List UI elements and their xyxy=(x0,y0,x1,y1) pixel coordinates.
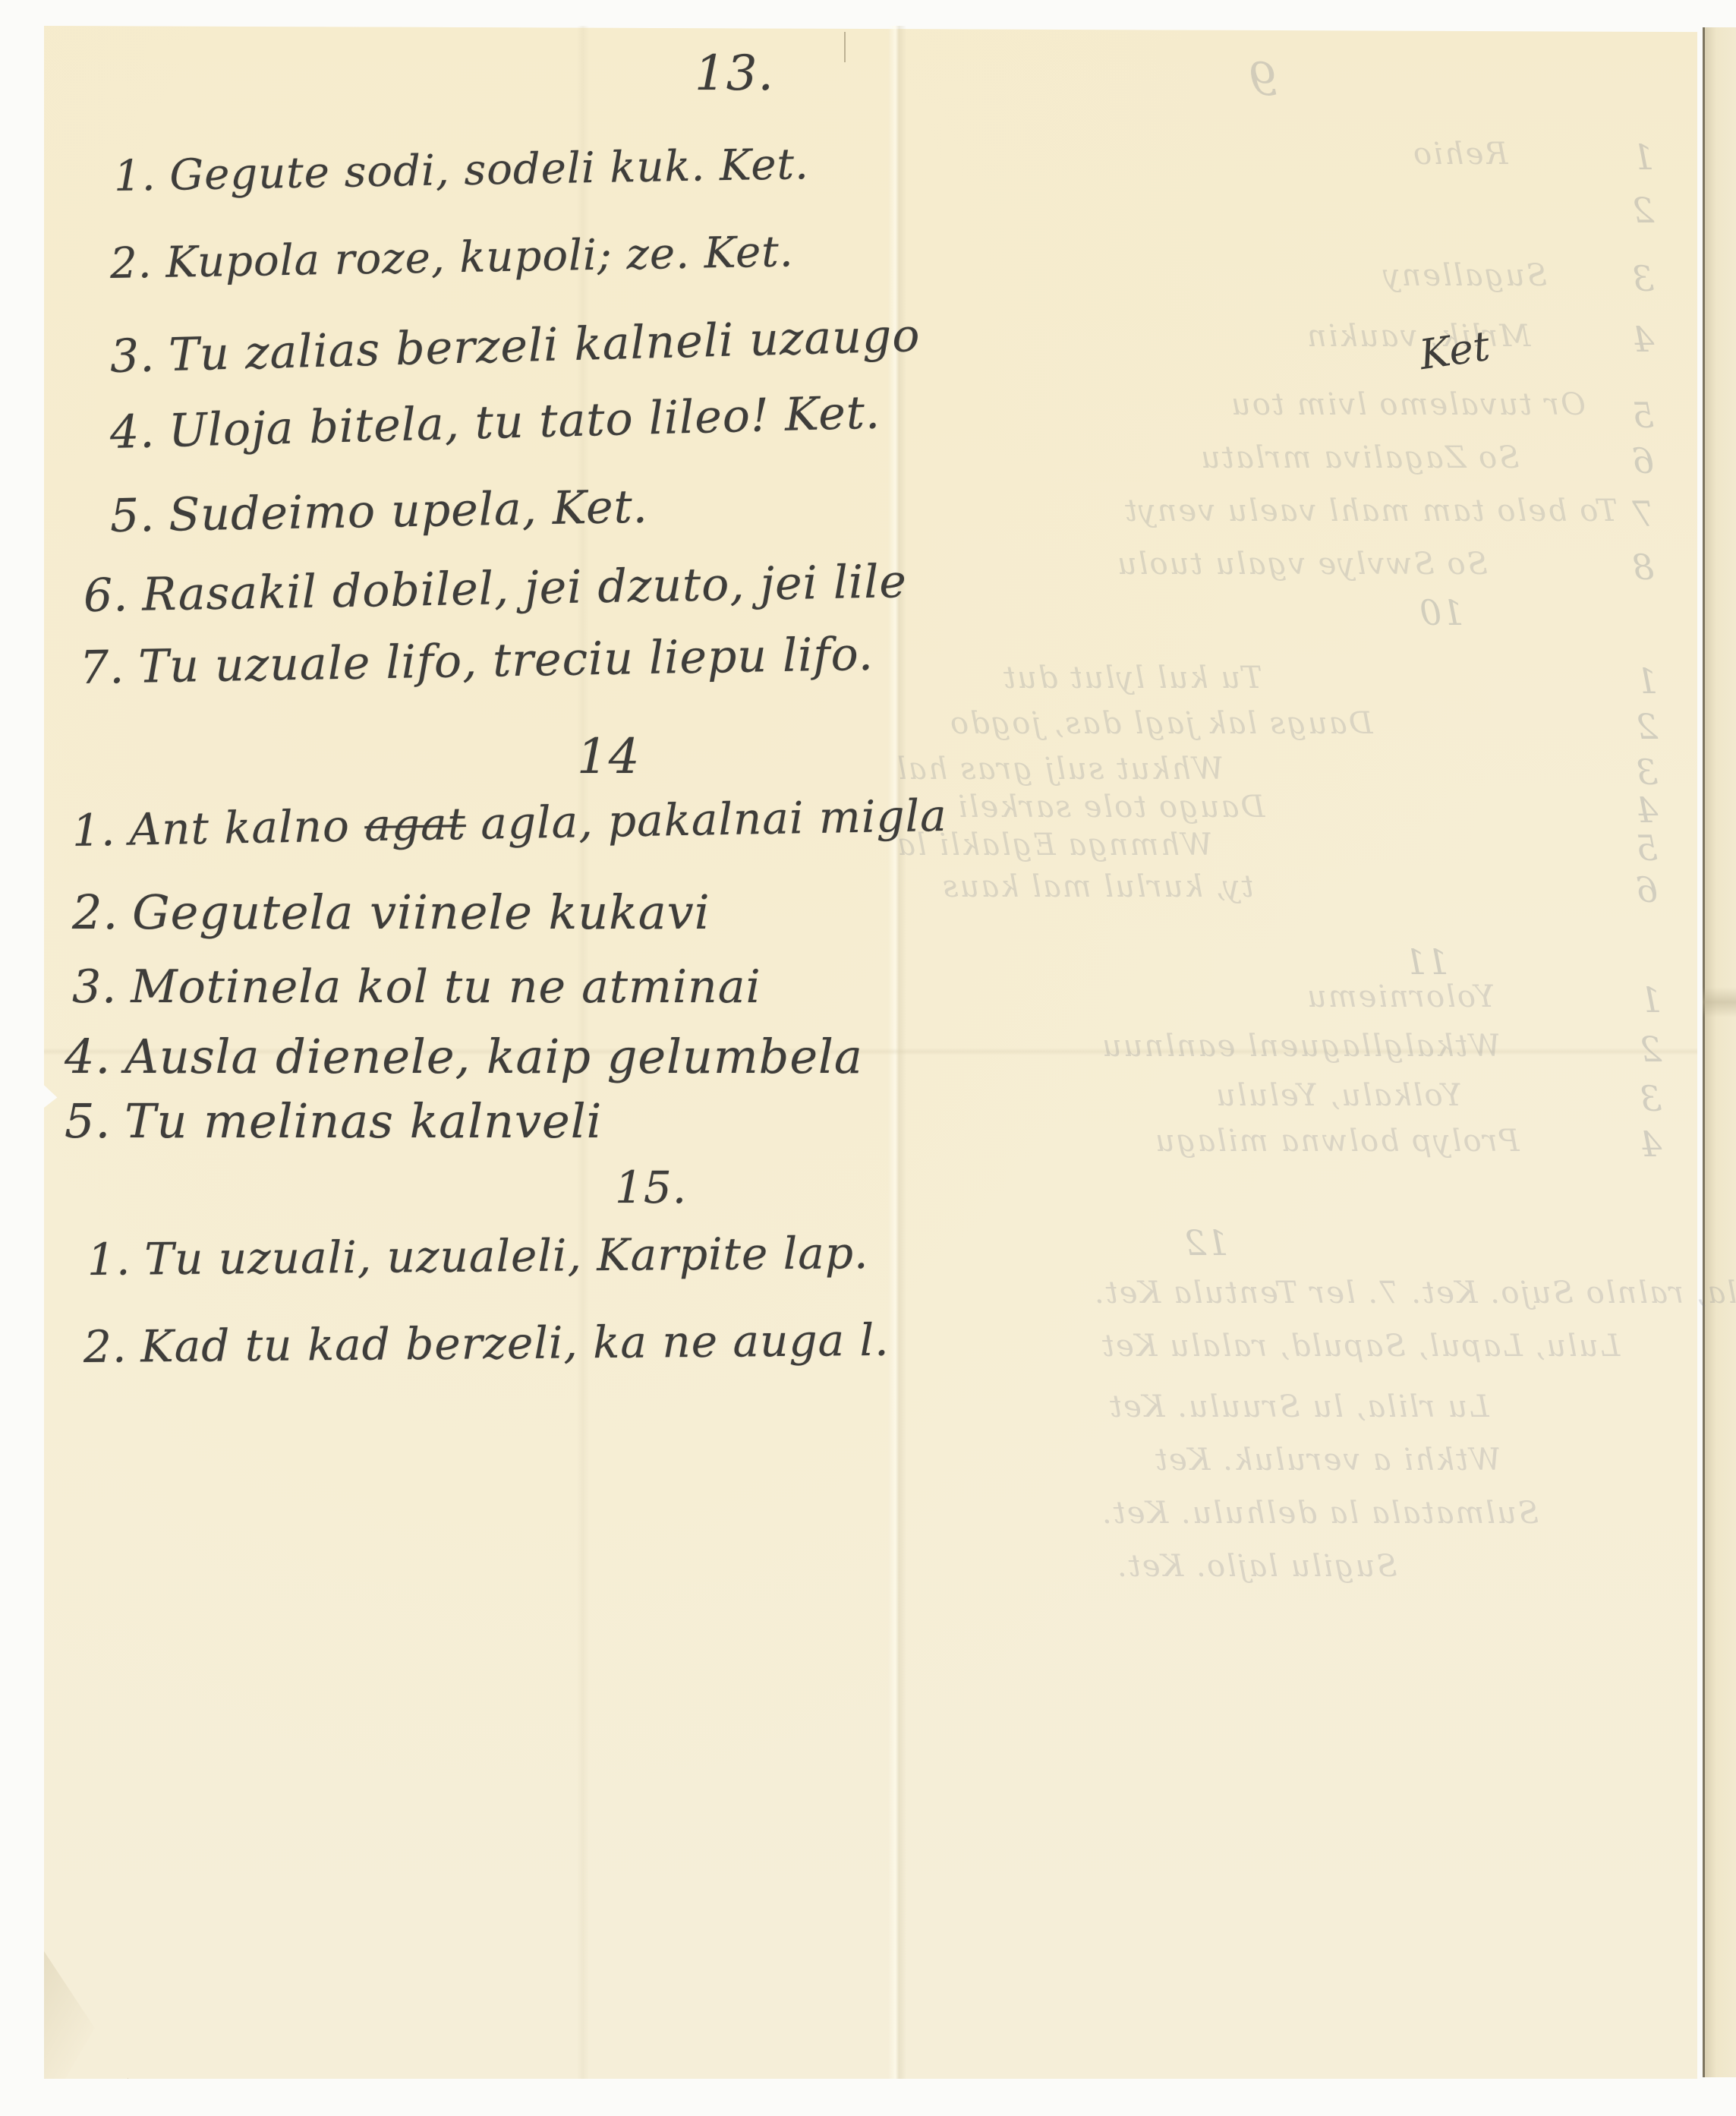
bleed-line-number: 4 xyxy=(1640,1124,1662,1165)
line-text: Tu uzuali, uzualeli, Karpite lap. xyxy=(144,1227,869,1285)
section-15-line-1: 1.Tu uzuali, uzualeli, Karpite lap. xyxy=(87,1227,869,1285)
section-14-line-5: 5.Tu melinas kalnveli xyxy=(65,1093,602,1149)
bleed-text: Yolkalu, Yelulu xyxy=(1215,1078,1462,1113)
adjacent-page-edge xyxy=(1703,27,1736,2077)
line-number: 1. xyxy=(87,1234,131,1285)
bleed-text: Or tuvalemo lvim tou xyxy=(1230,387,1586,422)
bleed-line-number: 1 xyxy=(1640,979,1662,1020)
margin-note-ket: Ket xyxy=(1416,322,1492,379)
bleed-text: Daugo tole sarkeli xyxy=(956,790,1265,825)
struck-text: agat xyxy=(364,798,467,851)
section-14-line-3: 3.Motinela kol tu ne atminai xyxy=(72,960,761,1014)
line-text: agla, pakalnai migla xyxy=(480,790,948,850)
bleed-text: Rehio xyxy=(1412,137,1508,172)
bleed-line-number: 8 xyxy=(1632,547,1654,588)
bleed-text: Daugs lak jagl das, jogdo xyxy=(949,706,1373,741)
line-text: Ant kalno xyxy=(129,800,351,856)
section-heading-text: 13. xyxy=(695,46,774,102)
line-text: Ausla dienele, kaip gelumbela xyxy=(124,1029,863,1084)
line-number: 3. xyxy=(72,960,117,1014)
section-heading-text: 15. xyxy=(615,1162,687,1213)
bleed-text: ty, kurlul mal kaus xyxy=(941,869,1254,904)
bleed-section-mark: 10 xyxy=(1419,592,1464,633)
line-number: 3. xyxy=(109,329,156,383)
bleed-line-number: 3 xyxy=(1636,752,1658,793)
line-number: 2. xyxy=(83,1321,128,1373)
bleed-line-number: 1 xyxy=(1632,137,1654,178)
line-number: 4. xyxy=(109,405,156,459)
bleed-text: To belo tam mahl vaelu venyt xyxy=(1123,494,1618,528)
line-number: 5. xyxy=(65,1093,111,1149)
line-text: Kad tu kad berzeli, ka ne auga l. xyxy=(140,1314,890,1373)
line-text: Sudeimo upela, Ket. xyxy=(169,481,649,542)
line-number: 6. xyxy=(83,569,128,623)
bleed-line-number: 4 xyxy=(1632,319,1654,360)
line-text: Tu melinas kalnveli xyxy=(124,1093,602,1149)
bleed-text: Sulmatala la delhulu. Ket. xyxy=(1101,1496,1539,1531)
line-number: 1. xyxy=(71,804,116,856)
bleed-line-number: 1 xyxy=(1636,661,1658,702)
bleed-text: So Zagaliva mrlatu xyxy=(1199,440,1520,475)
bleed-text: Yolorniemu xyxy=(1306,979,1495,1014)
bleed-line-number: 5 xyxy=(1636,828,1658,869)
bleed-line-number: 4 xyxy=(1636,790,1658,831)
bleed-page-number: 9 xyxy=(1249,53,1278,106)
line-number: 4. xyxy=(65,1029,111,1084)
bleed-text: Lulu, Lapul, Sapuld, ralalu Ket xyxy=(1101,1329,1620,1364)
bleed-section-mark: 11 xyxy=(1404,941,1449,982)
line-number: 2. xyxy=(72,885,118,940)
line-number: 7. xyxy=(79,641,124,695)
section-14-line-4: 4.Ausla dienele, kaip gelumbela xyxy=(65,1029,863,1084)
section-heading-15: 15. xyxy=(615,1162,687,1213)
section-heading-text: 14 xyxy=(577,729,640,785)
section-15-line-2: 2.Kad tu kad berzeli, ka ne auga l. xyxy=(83,1314,890,1373)
adjacent-page-crease xyxy=(1703,987,1736,1017)
bleed-text: Lu rlila, lu Sruulu. Ket xyxy=(1108,1389,1489,1424)
bleed-section-mark: 12 xyxy=(1184,1222,1229,1263)
bleed-line-number: 3 xyxy=(1640,1078,1662,1119)
bleed-line-number: 2 xyxy=(1636,706,1658,747)
section-heading-14: 14 xyxy=(577,729,640,785)
section-14-line-2: 2.Gegutela viinele kukavi xyxy=(72,885,710,940)
line-text: Gegutela viinele kukavi xyxy=(132,885,710,940)
bleed-text: Tu kul lylut dut xyxy=(1002,661,1262,695)
line-number: 5. xyxy=(109,489,155,543)
section-13-line-5: 5.Sudeimo upela, Ket. xyxy=(109,481,648,543)
bleed-line-number: 2 xyxy=(1640,1029,1662,1070)
bleed-line-number: 2 xyxy=(1632,190,1654,231)
line-number: 2. xyxy=(109,238,153,289)
line-text: Motinela kol tu ne atminai xyxy=(131,960,761,1014)
section-heading-13: 13. xyxy=(695,46,774,102)
bleed-text: Prolyp bolwna milagu xyxy=(1154,1124,1520,1159)
bleed-line-number: 5 xyxy=(1632,395,1654,436)
bleed-text: Wtkalgllaguenl eanlnuu xyxy=(1101,1029,1501,1064)
bleed-line-number: 3 xyxy=(1632,258,1654,299)
bleed-text: Mrlesla, Zalula, ralnlo Sujo. Ket. 7. le… xyxy=(1093,1276,1736,1310)
line-number: 1. xyxy=(113,151,156,201)
bleed-text: Whkut sulj gras hal xyxy=(896,752,1224,787)
bleed-line-number: 6 xyxy=(1636,869,1658,910)
top-edge-tear xyxy=(844,32,846,62)
bleed-text: Sugalleny xyxy=(1382,258,1547,293)
bleed-text: Sugilu lajlo. Ket. xyxy=(1116,1549,1397,1584)
bleed-text: Wtkhi a veruluk. Ket xyxy=(1154,1443,1501,1477)
bleed-text: So Swvlye vgalu tuolu xyxy=(1116,547,1488,582)
bleed-line-number: 6 xyxy=(1632,440,1654,481)
bleed-line-number: 7 xyxy=(1632,494,1654,535)
